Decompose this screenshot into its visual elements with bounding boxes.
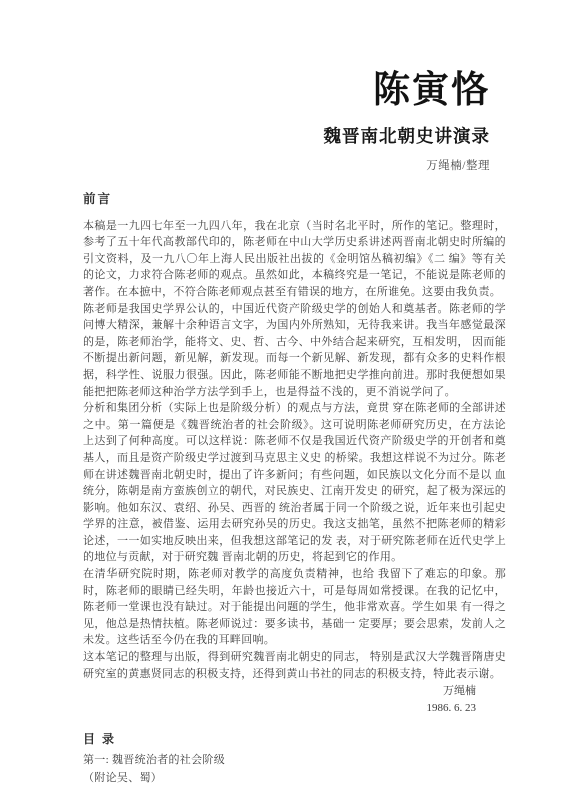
signature-date: 1986. 6. 23	[83, 700, 476, 717]
preface-paragraph: 陈老师是我国史学界公认的，中国近代资产阶级史学的创始人和奠基者。陈老师的学问博大…	[83, 301, 506, 401]
toc-heading: 目 录	[83, 731, 506, 748]
book-page: 陈寅恪 魏晋南北朝史讲演录 万绳楠/整理 前言 本稿是一九四七年至一九四八年，我…	[0, 0, 566, 800]
toc-section: 目 录 第一: 魏晋统治者的社会阶级（附论吴、蜀）	[83, 731, 506, 787]
book-title: 陈寅恪	[324, 70, 491, 111]
toc-item: （附论吴、蜀）	[83, 770, 506, 788]
preface-paragraph: 这本笔记的整理与出版，得到研究魏晋南北朝史的同志， 特别是武汉大学魏晋隋唐史研究…	[83, 649, 506, 682]
title-block: 陈寅恪 魏晋南北朝史讲演录 万绳楠/整理	[324, 70, 491, 173]
signature-block: 万绳楠 1986. 6. 23	[83, 683, 506, 716]
byline: 万绳楠/整理	[324, 157, 491, 173]
toc-items: 第一: 魏晋统治者的社会阶级（附论吴、蜀）	[83, 752, 506, 787]
signature-name: 万绳楠	[83, 683, 476, 700]
preface-paragraph: 分析和集团分析（实际上也是阶级分析）的观点与方法，竟贯 穿在陈老师的全部讲述之中…	[83, 400, 506, 566]
preface-heading: 前言	[83, 191, 506, 208]
preface-paragraph: 在清华研究院时期，陈老师对教学的高度负责精神，也给 我留下了难忘的印象。那时，陈…	[83, 566, 506, 649]
preface-body: 本稿是一九四七年至一九四八年，我在北京（当时名北平时，所作的笔记。整理时，参考了…	[83, 218, 506, 683]
preface-section: 前言 本稿是一九四七年至一九四八年，我在北京（当时名北平时，所作的笔记。整理时，…	[83, 191, 506, 787]
book-subtitle: 魏晋南北朝史讲演录	[324, 123, 491, 148]
toc-item: 第一: 魏晋统治者的社会阶级	[83, 752, 506, 770]
preface-paragraph: 本稿是一九四七年至一九四八年，我在北京（当时名北平时，所作的笔记。整理时，参考了…	[83, 218, 506, 301]
